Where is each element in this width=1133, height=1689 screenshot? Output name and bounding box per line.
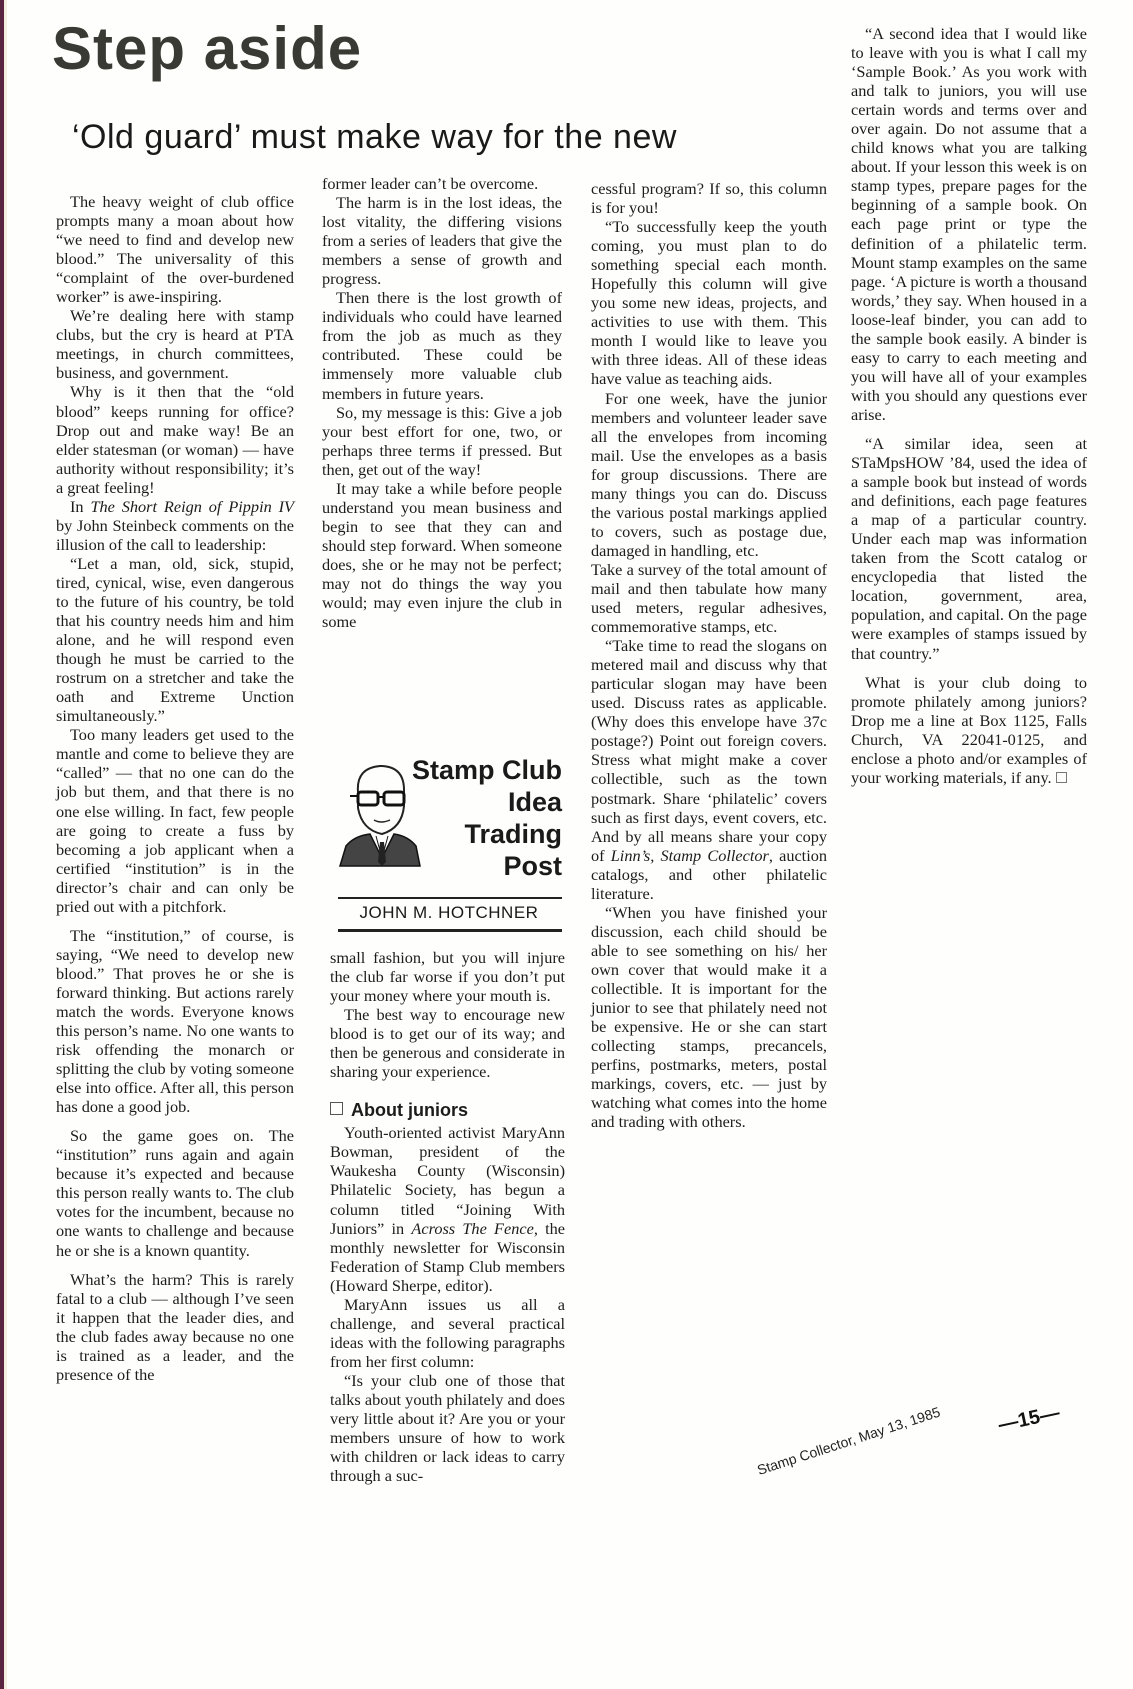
paragraph: In The Short Reign of Pippin IV by John … xyxy=(56,497,294,554)
paragraph: Take a survey of the total amount of mai… xyxy=(591,560,827,636)
paragraph: cessful program? If so, this column is f… xyxy=(591,179,827,217)
logo-title-line: Stamp Club xyxy=(402,754,562,786)
quote-paragraph: “Let a man, old, sick, stupid, tired, cy… xyxy=(56,554,294,725)
column-logo: Stamp Club Idea Trading Post JOHN M. HOT… xyxy=(336,754,562,924)
columnist-byline: JOHN M. HOTCHNER xyxy=(336,903,562,923)
book-title: The Short Reign of Pippin IV xyxy=(90,497,294,516)
paragraph: “To successfully keep the youth coming, … xyxy=(591,217,827,388)
column-logo-title: Stamp Club Idea Trading Post xyxy=(402,754,562,882)
paragraph: Then there is the lost growth of individ… xyxy=(322,288,562,402)
article-column-1: The heavy weight of club office prompts … xyxy=(56,192,294,1384)
divider xyxy=(338,929,562,932)
paragraph: The “institution,” of course, is saying,… xyxy=(56,926,294,1116)
page-number: —15— xyxy=(996,1402,1062,1437)
paragraph: So, my message is this: Give a job your … xyxy=(322,403,562,479)
article-column-2: former leader can’t be overcome. The har… xyxy=(322,174,562,631)
text: “Take time to read the slogans on metere… xyxy=(591,636,827,865)
paragraph: former leader can’t be overcome. xyxy=(322,174,562,193)
subhead: ‘Old guard’ must make way for the new xyxy=(72,114,677,160)
paragraph: For one week, have the junior members an… xyxy=(591,389,827,560)
paragraph: Youth-oriented activist MaryAnn Bowman, … xyxy=(330,1123,565,1294)
paragraph: So the game goes on. The “institution” r… xyxy=(56,1126,294,1259)
section-heading-text: About juniors xyxy=(351,1100,468,1120)
paragraph: “A second idea that I would like to leav… xyxy=(851,24,1087,424)
logo-title-line: Idea xyxy=(402,786,562,818)
logo-title-line: Trading xyxy=(402,818,562,850)
paragraph: Why is it then that the “old blood” keep… xyxy=(56,382,294,496)
paragraph: “When you have finished your discussion,… xyxy=(591,903,827,1132)
paragraph: What’s the harm? This is rarely fatal to… xyxy=(56,1270,294,1384)
paragraph: We’re dealing here with stamp clubs, but… xyxy=(56,306,294,382)
article-column-4: “A second idea that I would like to leav… xyxy=(851,24,1087,787)
text: In xyxy=(70,497,90,516)
article-column-2-continued: small fashion, but you will injure the c… xyxy=(330,948,565,1485)
text: What is your club doing to promote phila… xyxy=(851,673,1087,787)
logo-title-line: Post xyxy=(402,850,562,882)
publication-titles: Linn’s, Stamp Collector xyxy=(611,846,769,865)
paragraph: “Take time to read the slogans on metere… xyxy=(591,636,827,903)
publication-footer: Stamp Collector, May 13, 1985 xyxy=(755,1404,942,1478)
binding-edge-highlight xyxy=(4,0,7,1689)
paragraph: The heavy weight of club office prompts … xyxy=(56,192,294,306)
text: by John Steinbeck comments on the illusi… xyxy=(56,516,294,554)
paragraph: The harm is in the lost ideas, the lost … xyxy=(322,193,562,288)
paragraph: “A similar idea, seen at STaMpsHOW ’84, … xyxy=(851,434,1087,663)
article-column-3: cessful program? If so, this column is f… xyxy=(591,179,827,1131)
quote-paragraph: “Is your club one of those that talks ab… xyxy=(330,1371,565,1485)
paragraph: small fashion, but you will injure the c… xyxy=(330,948,565,1005)
paragraph: It may take a while before people unders… xyxy=(322,479,562,631)
paragraph: The best way to encourage new blood is t… xyxy=(330,1005,565,1081)
divider xyxy=(338,897,562,899)
section-heading: About juniors xyxy=(330,1099,565,1121)
paragraph: MaryAnn issues us all a challenge, and s… xyxy=(330,1295,565,1371)
paragraph: What is your club doing to promote phila… xyxy=(851,673,1087,787)
newsletter-title: Across The Fence xyxy=(411,1219,533,1238)
square-bullet-icon xyxy=(330,1102,343,1115)
end-mark-icon xyxy=(1056,772,1067,783)
headline: Step aside xyxy=(52,14,362,84)
paragraph: Too many leaders get used to the mantle … xyxy=(56,725,294,915)
